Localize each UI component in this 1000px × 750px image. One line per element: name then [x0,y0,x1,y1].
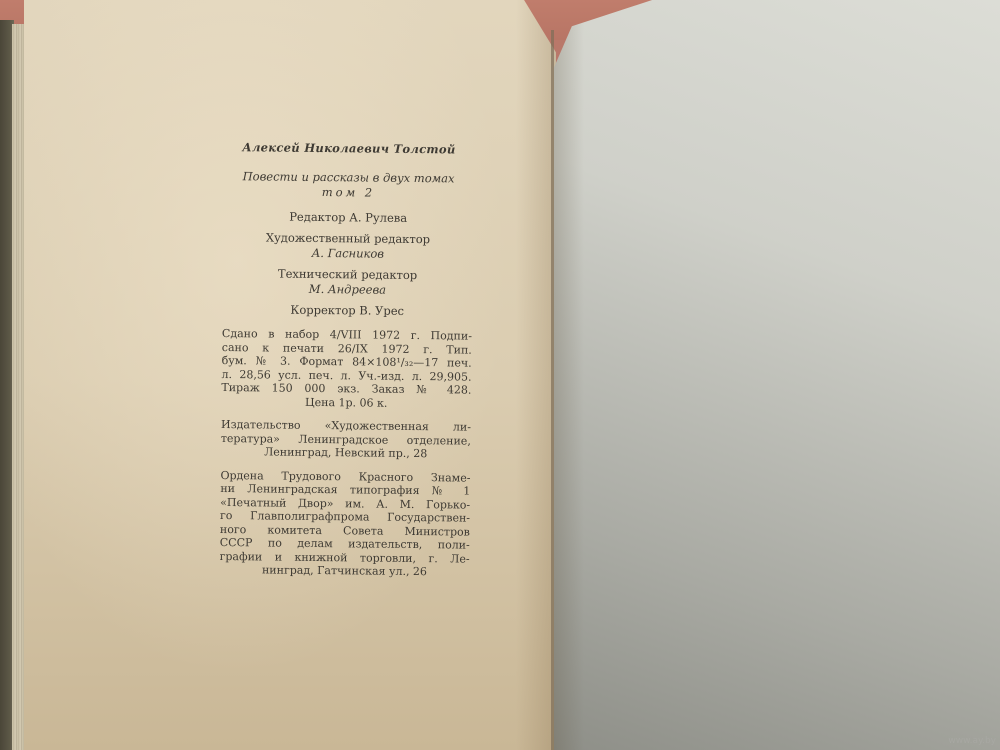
editor-credit: Редактор А. Рулева [223,209,473,227]
watermark: www.ay.by [948,736,996,746]
credits: Редактор А. Рулева Художественный редакт… [222,209,473,320]
printer-line: нинград, Гатчинская ул., 26 [219,563,469,579]
printer-info: Ордена Трудового Красного Знаме- ни Лени… [219,468,470,579]
publisher-line: тература» Ленинградское отделение, [221,431,471,447]
right-page-blank [554,0,1000,750]
proofreader-credit: Корректор В. Урес [222,302,472,320]
work-title: Повести и рассказы в двух томах [224,169,474,187]
volume-label: том 2 [223,184,473,202]
colophon: Алексей Николаевич Толстой Повести и рас… [219,140,474,579]
printer-line: графии и книжной торговли, г. Ле- [220,549,470,565]
publisher-line: Ленинград, Невский пр., 28 [221,445,471,461]
art-editor-name: А. Гасников [223,245,473,263]
print-details: Сдано в набор 4/VIII 1972 г. Подпи- сано… [221,327,472,411]
tech-editor-name: М. Андреева [222,281,472,299]
publisher-info: Издательство «Художественная ли- тератур… [221,418,471,461]
author-name: Алексей Николаевич Толстой [224,140,474,158]
book-gutter [551,30,554,750]
print-line: Тираж 150 000 экз. Заказ № 428. [221,381,471,397]
price-line: Цена 1р. 06 к. [221,394,471,410]
